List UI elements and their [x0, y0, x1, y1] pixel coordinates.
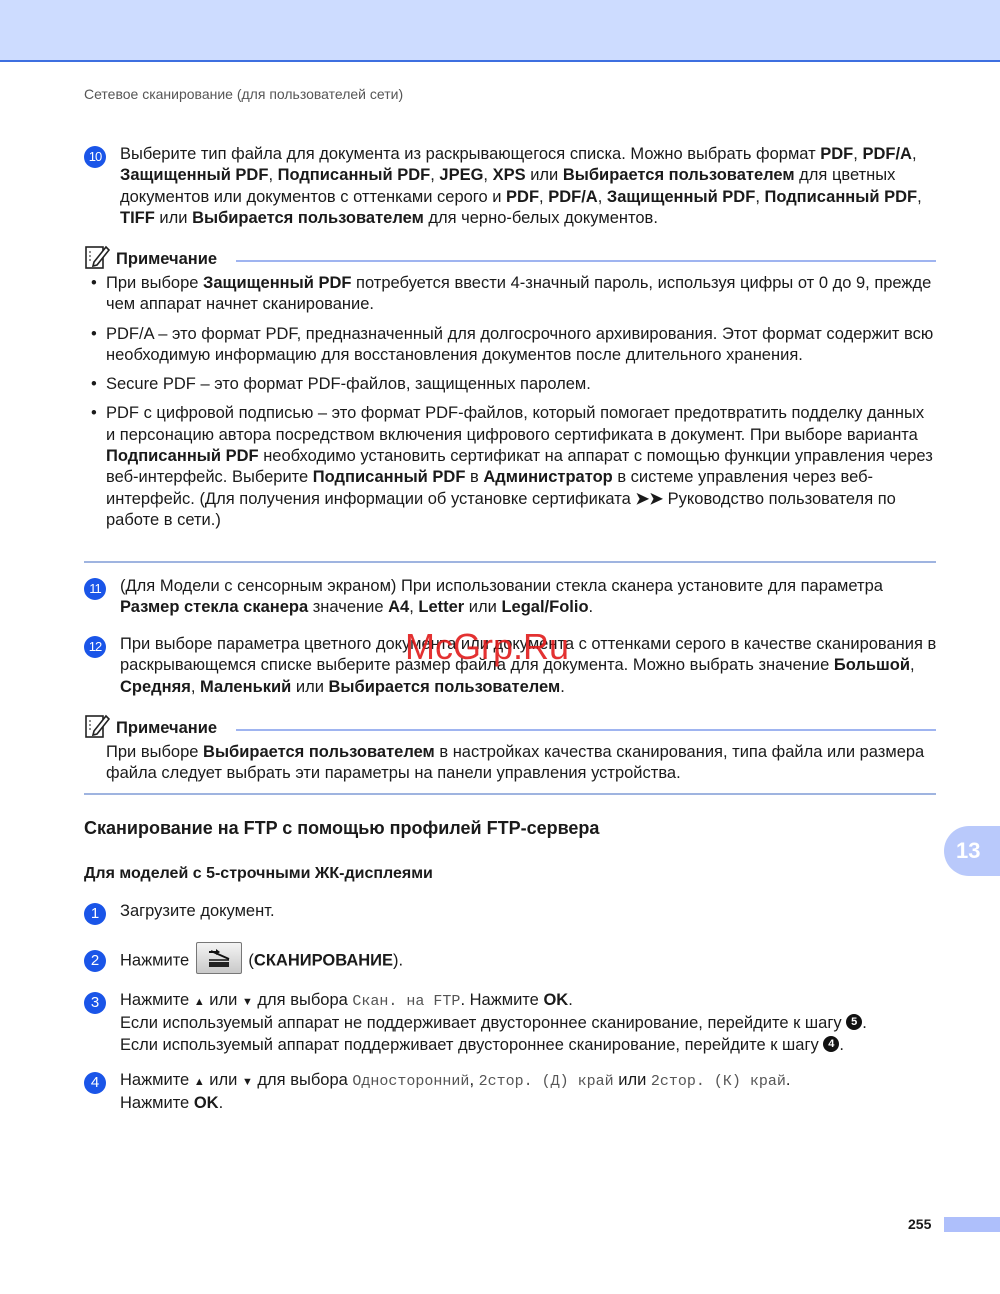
lcd-text: Скан. на FTP	[352, 993, 460, 1010]
step-text: Нажмите ▲ или ▼ для выбора Скан. на FTP.…	[120, 990, 944, 1056]
step-number: 2	[84, 950, 106, 972]
note-header: Примечание	[84, 715, 936, 741]
note-pencil-icon	[84, 713, 110, 739]
note-title: Примечание	[116, 250, 217, 269]
note-body: •При выборе Защищенный PDF потребуется в…	[106, 273, 936, 539]
step-number: 11	[84, 578, 106, 600]
step-number: 4	[84, 1072, 106, 1094]
lcd-text: Односторонний	[352, 1073, 469, 1090]
step-text: Загрузите документ.	[120, 901, 944, 922]
note-divider	[236, 260, 936, 262]
step-number: 3	[84, 992, 106, 1014]
note-divider	[236, 729, 936, 731]
step-ref-badge: 5	[846, 1014, 862, 1030]
note-end-rule	[84, 793, 936, 795]
arrow-down-icon: ▼	[242, 996, 253, 1008]
step-number: 12	[84, 636, 106, 658]
page-number-bar	[944, 1217, 1000, 1232]
note-pencil-icon	[84, 244, 110, 270]
step-1: 1 Загрузите документ.	[84, 901, 944, 922]
note-end-rule	[84, 561, 936, 563]
step-10: 10 Выберите тип файла для документа из р…	[84, 144, 944, 229]
step-11: 11 (Для Модели с сенсорным экраном) При …	[84, 576, 944, 619]
step-number: 10	[84, 146, 106, 168]
step-text: Нажмите ▲ или ▼ для выбора Односторонний…	[120, 1070, 944, 1115]
running-header: Сетевое сканирование (для пользователей …	[84, 86, 403, 102]
step-text: (Для Модели с сенсорным экраном) При исп…	[120, 576, 944, 619]
note-body: При выборе Выбирается пользователем в на…	[106, 742, 936, 785]
arrow-up-icon: ▲	[194, 1076, 205, 1088]
note-bullet: •PDF/A – это формат PDF, предназначенный…	[106, 324, 936, 367]
chapter-tab: 13	[944, 826, 1000, 876]
note-bullet: •PDF с цифровой подписью – это формат PD…	[106, 403, 936, 531]
step-3: 3 Нажмите ▲ или ▼ для выбора Скан. на FT…	[84, 990, 944, 1056]
step-text: Нажмите (СКАНИРОВАНИЕ).	[120, 948, 944, 974]
subsection-heading: Для моделей с 5-строчными ЖК-дисплеями	[84, 865, 433, 883]
step-ref-badge: 4	[823, 1036, 839, 1052]
section-heading: Сканирование на FTP с помощью профилей F…	[84, 818, 599, 839]
lcd-text: 2стор. (Д) край	[479, 1073, 614, 1090]
step-number: 1	[84, 903, 106, 925]
step-4: 4 Нажмите ▲ или ▼ для выбора Односторонн…	[84, 1070, 944, 1115]
page-number: 255	[908, 1216, 931, 1232]
arrow-up-icon: ▲	[194, 996, 205, 1008]
note-title: Примечание	[116, 719, 217, 738]
note-bullet: •Secure PDF – это формат PDF-файлов, защ…	[106, 374, 936, 395]
scan-button-icon	[196, 942, 242, 974]
note-header: Примечание	[84, 246, 936, 272]
note-bullet: •При выборе Защищенный PDF потребуется в…	[106, 273, 936, 316]
arrow-down-icon: ▼	[242, 1076, 253, 1088]
page-top-band	[0, 0, 1000, 62]
watermark: McGrp.Ru	[405, 626, 569, 668]
step-2: 2 Нажмите (СКАНИРОВАНИЕ).	[84, 948, 944, 974]
lcd-text: 2стор. (К) край	[651, 1073, 786, 1090]
step-text: Выберите тип файла для документа из раск…	[120, 144, 944, 229]
